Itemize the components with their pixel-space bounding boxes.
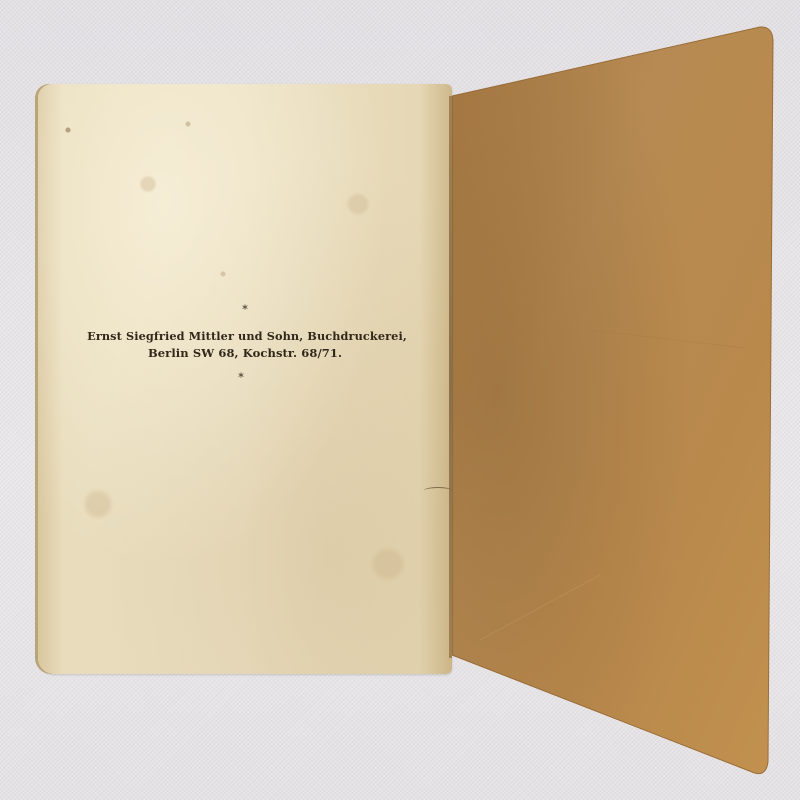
page-tear <box>424 487 452 494</box>
spine-stitch <box>449 96 452 658</box>
imprint-line-1: Ernst Siegfried Mittler und Sohn, Buchdr… <box>40 329 454 343</box>
imprint-line-2: Berlin SW 68, Kochstr. 68/71. <box>38 346 452 360</box>
photo-scene: * Ernst Siegfried Mittler und Sohn, Buch… <box>0 0 800 800</box>
star-ornament-top: * <box>38 304 452 316</box>
star-ornament-bottom: * <box>34 372 448 384</box>
